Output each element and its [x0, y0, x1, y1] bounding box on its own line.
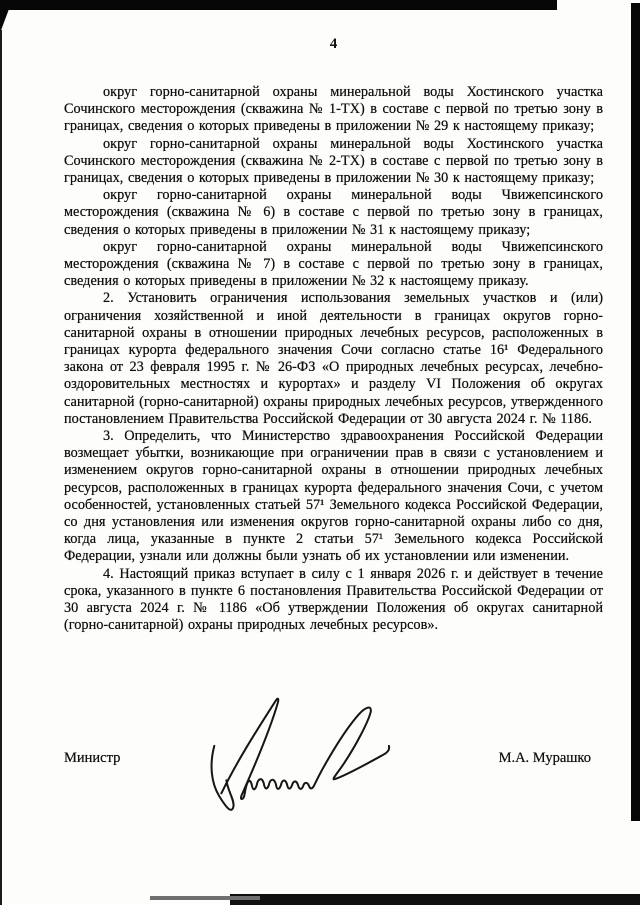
- paragraph-item-2: 2. Установить ограничения использования …: [64, 290, 603, 428]
- document-body: округ горно-санитарной охраны минерально…: [64, 84, 603, 635]
- scan-edge-bottom-thin: [150, 896, 260, 900]
- page-number: 4: [64, 36, 603, 53]
- signer-title: Министр: [64, 750, 120, 767]
- paragraph-okrug-well6: округ горно-санитарной охраны минерально…: [64, 187, 603, 239]
- scan-edge-bottom: [230, 894, 640, 905]
- paragraph-okrug-2tx: округ горно-санитарной охраны минерально…: [64, 136, 603, 188]
- scan-edge-top: [0, 0, 557, 10]
- scan-edge-left: [0, 30, 2, 905]
- paragraph-item-3: 3. Определить, что Министерство здравоох…: [64, 428, 603, 566]
- paragraph-item-4: 4. Настоящий приказ вступает в силу с 1 …: [64, 566, 603, 635]
- document-page: 4 округ горно-санитарной охраны минераль…: [0, 0, 640, 905]
- paragraph-okrug-well7: округ горно-санитарной охраны минерально…: [64, 239, 603, 291]
- scan-edge-right: [631, 3, 640, 821]
- signer-name: М.А. Мурашко: [499, 750, 591, 767]
- paragraph-okrug-1tx: округ горно-санитарной охраны минерально…: [64, 84, 603, 136]
- signature-row: Министр М.А. Мурашко: [64, 750, 603, 767]
